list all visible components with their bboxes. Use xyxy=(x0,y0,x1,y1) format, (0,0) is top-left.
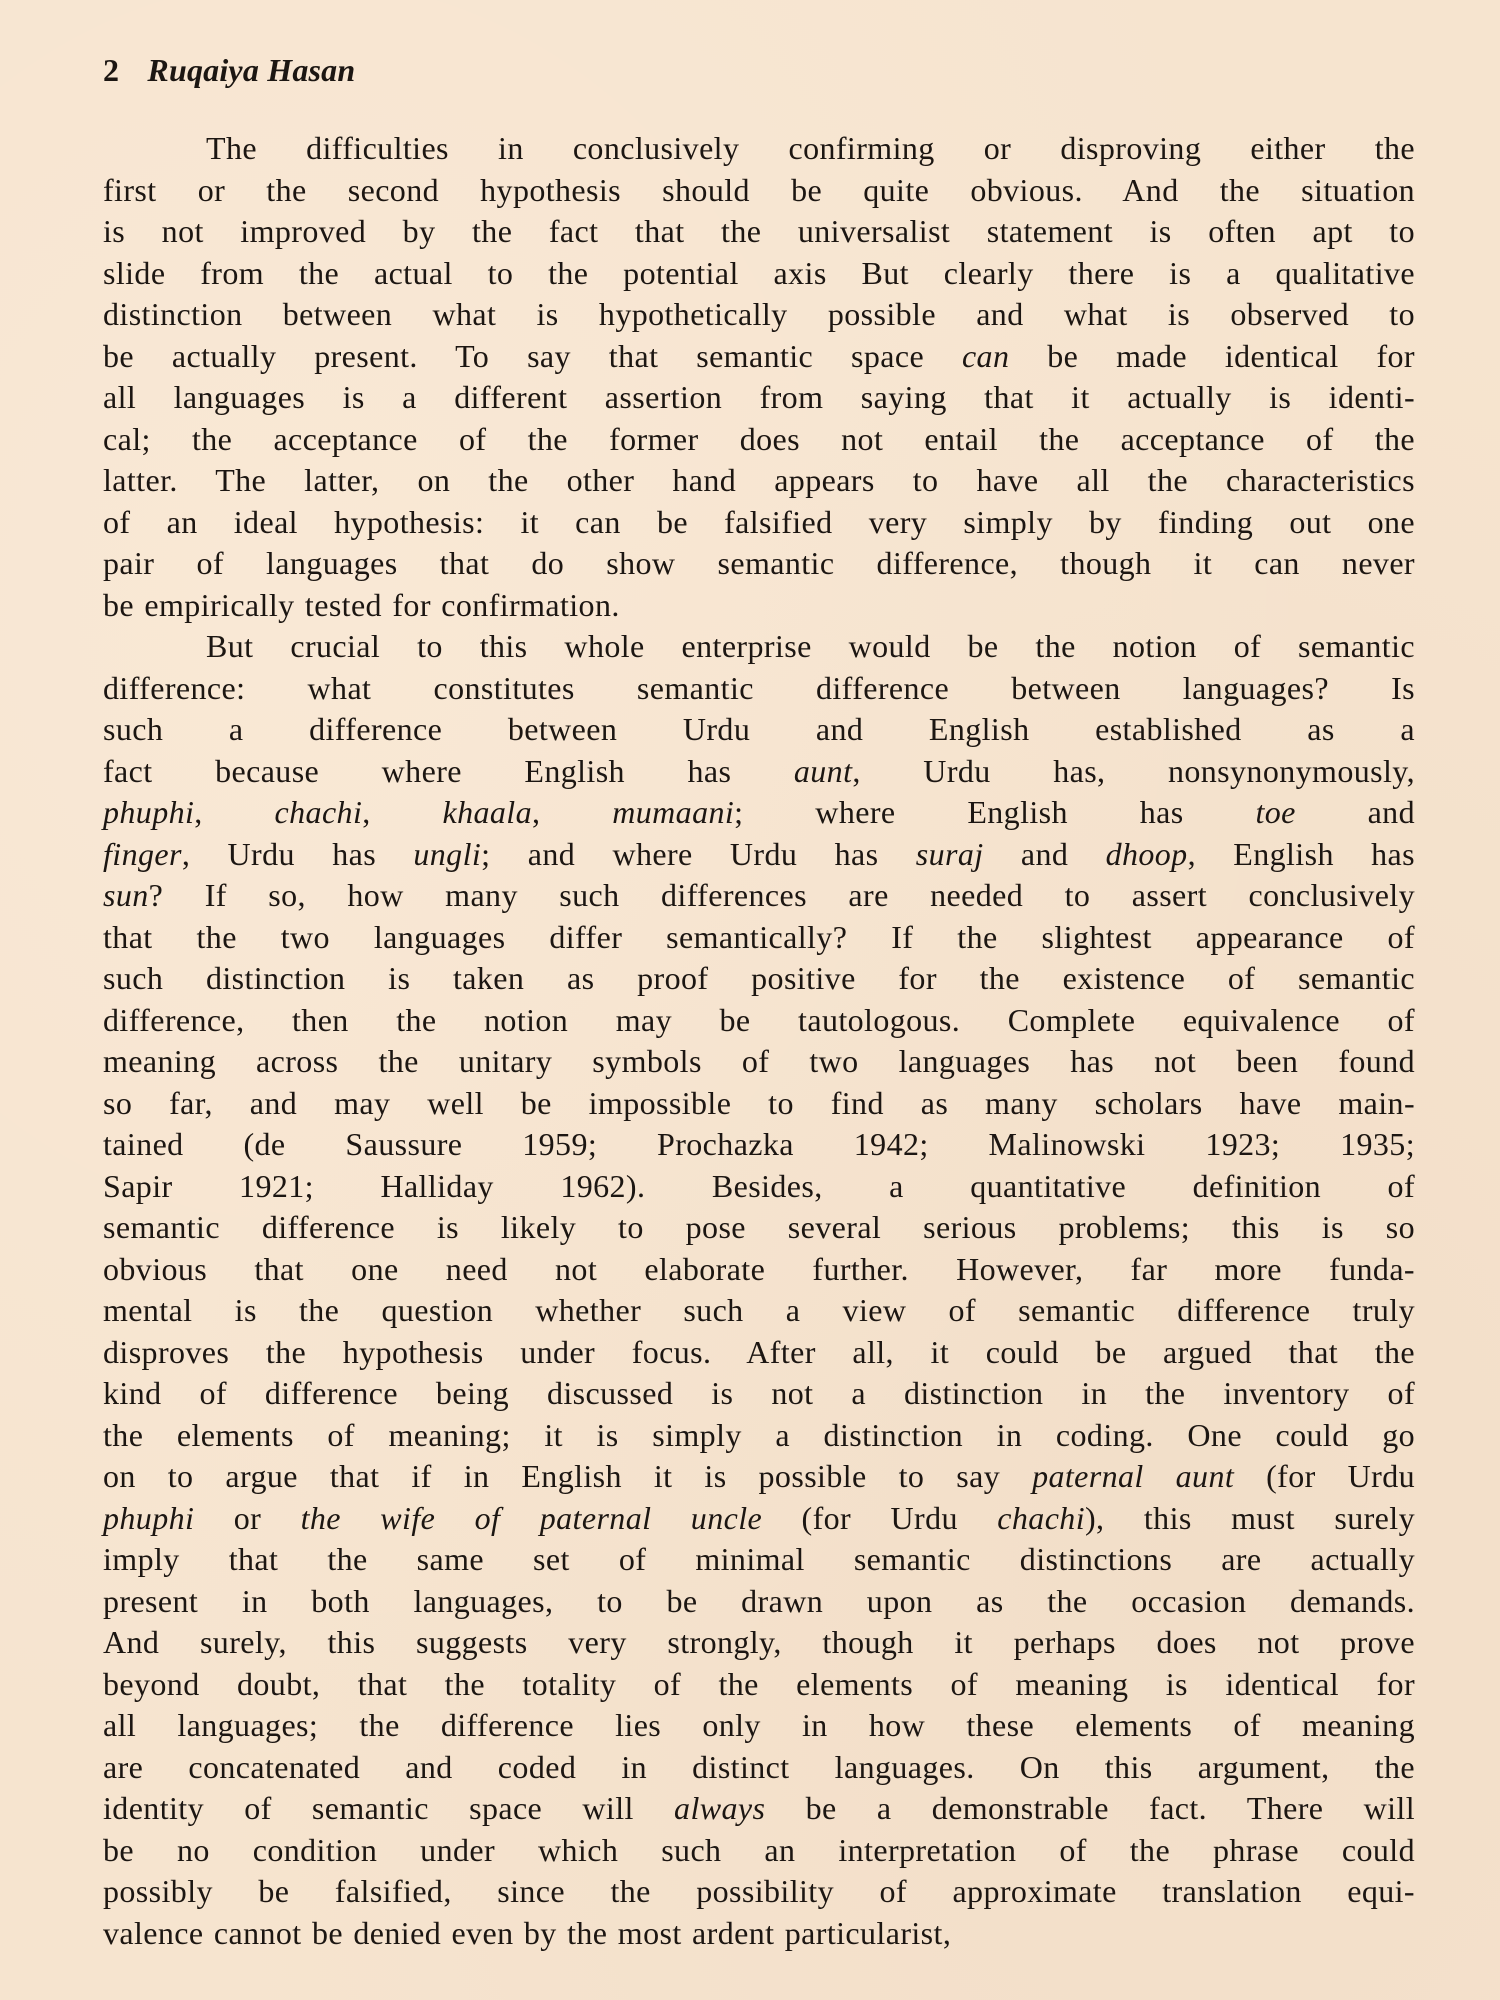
text-line: kind of difference being discussed is no… xyxy=(103,1373,1415,1415)
text-line: are concatenated and coded in distinct l… xyxy=(103,1747,1415,1789)
text-run: And surely, this suggests very strongly,… xyxy=(103,1624,1415,1660)
italic-term: phuphi xyxy=(103,794,194,830)
italic-term: can xyxy=(962,338,1009,374)
text-line: so far, and may well be impossible to fi… xyxy=(103,1083,1415,1125)
text-run: all languages; the difference lies only … xyxy=(103,1707,1415,1743)
text-run: beyond doubt, that the totality of the e… xyxy=(103,1666,1415,1702)
text-run: kind of difference being discussed is no… xyxy=(103,1375,1415,1411)
text-line: fact because where English has aunt, Urd… xyxy=(103,751,1415,793)
text-run: difference: what constitutes semantic di… xyxy=(103,670,1415,706)
text-run: present in both languages, to be drawn u… xyxy=(103,1583,1415,1619)
text-run: pair of languages that do show semantic … xyxy=(103,545,1415,581)
text-run: (for Urdu xyxy=(1234,1458,1415,1494)
text-run: ? If so, how many such differences are n… xyxy=(149,877,1415,913)
text-run: on to argue that if in English it is pos… xyxy=(103,1458,1032,1494)
text-run: fact because where English has xyxy=(103,753,794,789)
text-run: disproves the hypothesis under focus. Af… xyxy=(103,1334,1415,1370)
text-run: of an ideal hypothesis: it can be falsif… xyxy=(103,504,1415,540)
text-line: phuphi or the wife of paternal uncle (fo… xyxy=(103,1498,1415,1540)
text-line: Sapir 1921; Halliday 1962). Besides, a q… xyxy=(103,1166,1415,1208)
text-line: latter. The latter, on the other hand ap… xyxy=(103,460,1415,502)
text-line: beyond doubt, that the totality of the e… xyxy=(103,1664,1415,1706)
text-run: imply that the same set of minimal seman… xyxy=(103,1541,1415,1577)
text-line: that the two languages differ semantical… xyxy=(103,917,1415,959)
paragraph: The difficulties in conclusively confirm… xyxy=(103,128,1415,626)
text-line: be empirically tested for confirmation. xyxy=(103,585,1415,627)
text-line: all languages; the difference lies only … xyxy=(103,1705,1415,1747)
text-run: meaning across the unitary symbols of tw… xyxy=(103,1043,1415,1079)
text-run: tained (de Saussure 1959; Prochazka 1942… xyxy=(103,1126,1415,1162)
text-line: tained (de Saussure 1959; Prochazka 1942… xyxy=(103,1124,1415,1166)
text-line: disproves the hypothesis under focus. Af… xyxy=(103,1332,1415,1374)
italic-term: ungli xyxy=(413,836,481,872)
text-line: obvious that one need not elaborate furt… xyxy=(103,1249,1415,1291)
text-run: all languages is a different assertion f… xyxy=(103,379,1415,415)
text-line: imply that the same set of minimal seman… xyxy=(103,1539,1415,1581)
text-run: difference, then the notion may be tauto… xyxy=(103,1002,1415,1038)
text-line: be no condition under which such an inte… xyxy=(103,1830,1415,1872)
text-run: be actually present. To say that semanti… xyxy=(103,338,962,374)
text-run: (for Urdu xyxy=(762,1500,997,1536)
text-line: such a difference between Urdu and Engli… xyxy=(103,709,1415,751)
text-run: and xyxy=(1296,794,1415,830)
text-line: first or the second hypothesis should be… xyxy=(103,170,1415,212)
italic-term: khaala xyxy=(443,794,533,830)
text-run: latter. The latter, on the other hand ap… xyxy=(103,462,1415,498)
text-run: is not improved by the fact that the uni… xyxy=(103,213,1415,249)
text-line: slide from the actual to the potential a… xyxy=(103,253,1415,295)
text-line: distinction between what is hypothetical… xyxy=(103,294,1415,336)
text-run: obvious that one need not elaborate furt… xyxy=(103,1251,1415,1287)
text-run: cal; the acceptance of the former does n… xyxy=(103,421,1415,457)
text-line: sun? If so, how many such differences ar… xyxy=(103,875,1415,917)
text-line: on to argue that if in English it is pos… xyxy=(103,1456,1415,1498)
text-run: The difficulties in conclusively confirm… xyxy=(206,130,1415,166)
italic-term: mumaani xyxy=(612,794,734,830)
running-head: 2 Ruqaiya Hasan xyxy=(103,52,355,89)
text-run: so far, and may well be impossible to fi… xyxy=(103,1085,1415,1121)
text-run: identity of semantic space will xyxy=(103,1790,674,1826)
text-run: be empirically tested for confirmation. xyxy=(103,587,620,623)
text-line: finger, Urdu has ungli; and where Urdu h… xyxy=(103,834,1415,876)
text-line: possibly be falsified, since the possibi… xyxy=(103,1871,1415,1913)
paragraph: But crucial to this whole enterprise wou… xyxy=(103,626,1415,1954)
text-run: the elements of meaning; it is simply a … xyxy=(103,1417,1415,1453)
italic-term: dhoop xyxy=(1106,836,1188,872)
text-line: present in both languages, to be drawn u… xyxy=(103,1581,1415,1623)
text-run: But crucial to this whole enterprise wou… xyxy=(206,628,1415,664)
text-line: such distinction is taken as proof posit… xyxy=(103,958,1415,1000)
text-run: slide from the actual to the potential a… xyxy=(103,255,1415,291)
text-run: ; and where Urdu has xyxy=(481,836,916,872)
text-line: valence cannot be denied even by the mos… xyxy=(103,1913,1415,1955)
text-run: , xyxy=(194,794,274,830)
text-line: mental is the question whether such a vi… xyxy=(103,1290,1415,1332)
italic-term: aunt xyxy=(794,753,853,789)
text-run: be no condition under which such an inte… xyxy=(103,1832,1415,1868)
text-run: and xyxy=(984,836,1106,872)
text-run: ; where English has xyxy=(734,794,1255,830)
text-line: semantic difference is likely to pose se… xyxy=(103,1207,1415,1249)
text-line: cal; the acceptance of the former does n… xyxy=(103,419,1415,461)
italic-term: paternal aunt xyxy=(1032,1458,1234,1494)
italic-term: suraj xyxy=(916,836,984,872)
italic-term: the wife of paternal uncle xyxy=(301,1500,763,1536)
text-run: valence cannot be denied even by the mos… xyxy=(103,1915,951,1951)
text-run: distinction between what is hypothetical… xyxy=(103,296,1415,332)
text-run: such distinction is taken as proof posit… xyxy=(103,960,1415,996)
text-run: that the two languages differ semantical… xyxy=(103,919,1415,955)
text-line: pair of languages that do show semantic … xyxy=(103,543,1415,585)
italic-term: sun xyxy=(103,877,149,913)
book-page: 2 Ruqaiya Hasan The difficulties in conc… xyxy=(0,0,1500,2000)
text-run: , xyxy=(362,794,442,830)
text-line: But crucial to this whole enterprise wou… xyxy=(103,626,1415,668)
text-line: difference: what constitutes semantic di… xyxy=(103,668,1415,710)
text-run: such a difference between Urdu and Engli… xyxy=(103,711,1415,747)
text-line: difference, then the notion may be tauto… xyxy=(103,1000,1415,1042)
text-line: meaning across the unitary symbols of tw… xyxy=(103,1041,1415,1083)
text-run: possibly be falsified, since the possibi… xyxy=(103,1873,1415,1909)
text-line: the elements of meaning; it is simply a … xyxy=(103,1415,1415,1457)
text-line: The difficulties in conclusively confirm… xyxy=(103,128,1415,170)
italic-term: always xyxy=(674,1790,765,1826)
text-run: or xyxy=(194,1500,300,1536)
text-run: be a demonstrable fact. There will xyxy=(765,1790,1415,1826)
running-head-author: Ruqaiya Hasan xyxy=(147,52,355,88)
text-run: , Urdu has xyxy=(182,836,414,872)
text-run: mental is the question whether such a vi… xyxy=(103,1292,1415,1328)
text-run: be made identical for xyxy=(1009,338,1415,374)
italic-term: chachi xyxy=(997,1500,1085,1536)
text-line: all languages is a different assertion f… xyxy=(103,377,1415,419)
text-run: ), this must surely xyxy=(1085,1500,1415,1536)
italic-term: finger xyxy=(103,836,182,872)
text-run: , xyxy=(532,794,612,830)
text-run: first or the second hypothesis should be… xyxy=(103,172,1415,208)
text-run: , English has xyxy=(1188,836,1415,872)
italic-term: toe xyxy=(1255,794,1295,830)
text-run: are concatenated and coded in distinct l… xyxy=(103,1749,1415,1785)
italic-term: chachi xyxy=(275,794,363,830)
text-line: And surely, this suggests very strongly,… xyxy=(103,1622,1415,1664)
text-run: , Urdu has, nonsynonymously, xyxy=(852,753,1415,789)
text-line: is not improved by the fact that the uni… xyxy=(103,211,1415,253)
page-number: 2 xyxy=(103,52,119,88)
text-line: be actually present. To say that semanti… xyxy=(103,336,1415,378)
text-line: identity of semantic space will always b… xyxy=(103,1788,1415,1830)
italic-term: phuphi xyxy=(103,1500,194,1536)
text-line: phuphi, chachi, khaala, mumaani; where E… xyxy=(103,792,1415,834)
body-text: The difficulties in conclusively confirm… xyxy=(103,128,1415,1954)
text-line: of an ideal hypothesis: it can be falsif… xyxy=(103,502,1415,544)
text-run: semantic difference is likely to pose se… xyxy=(103,1209,1415,1245)
text-run: Sapir 1921; Halliday 1962). Besides, a q… xyxy=(103,1168,1415,1204)
